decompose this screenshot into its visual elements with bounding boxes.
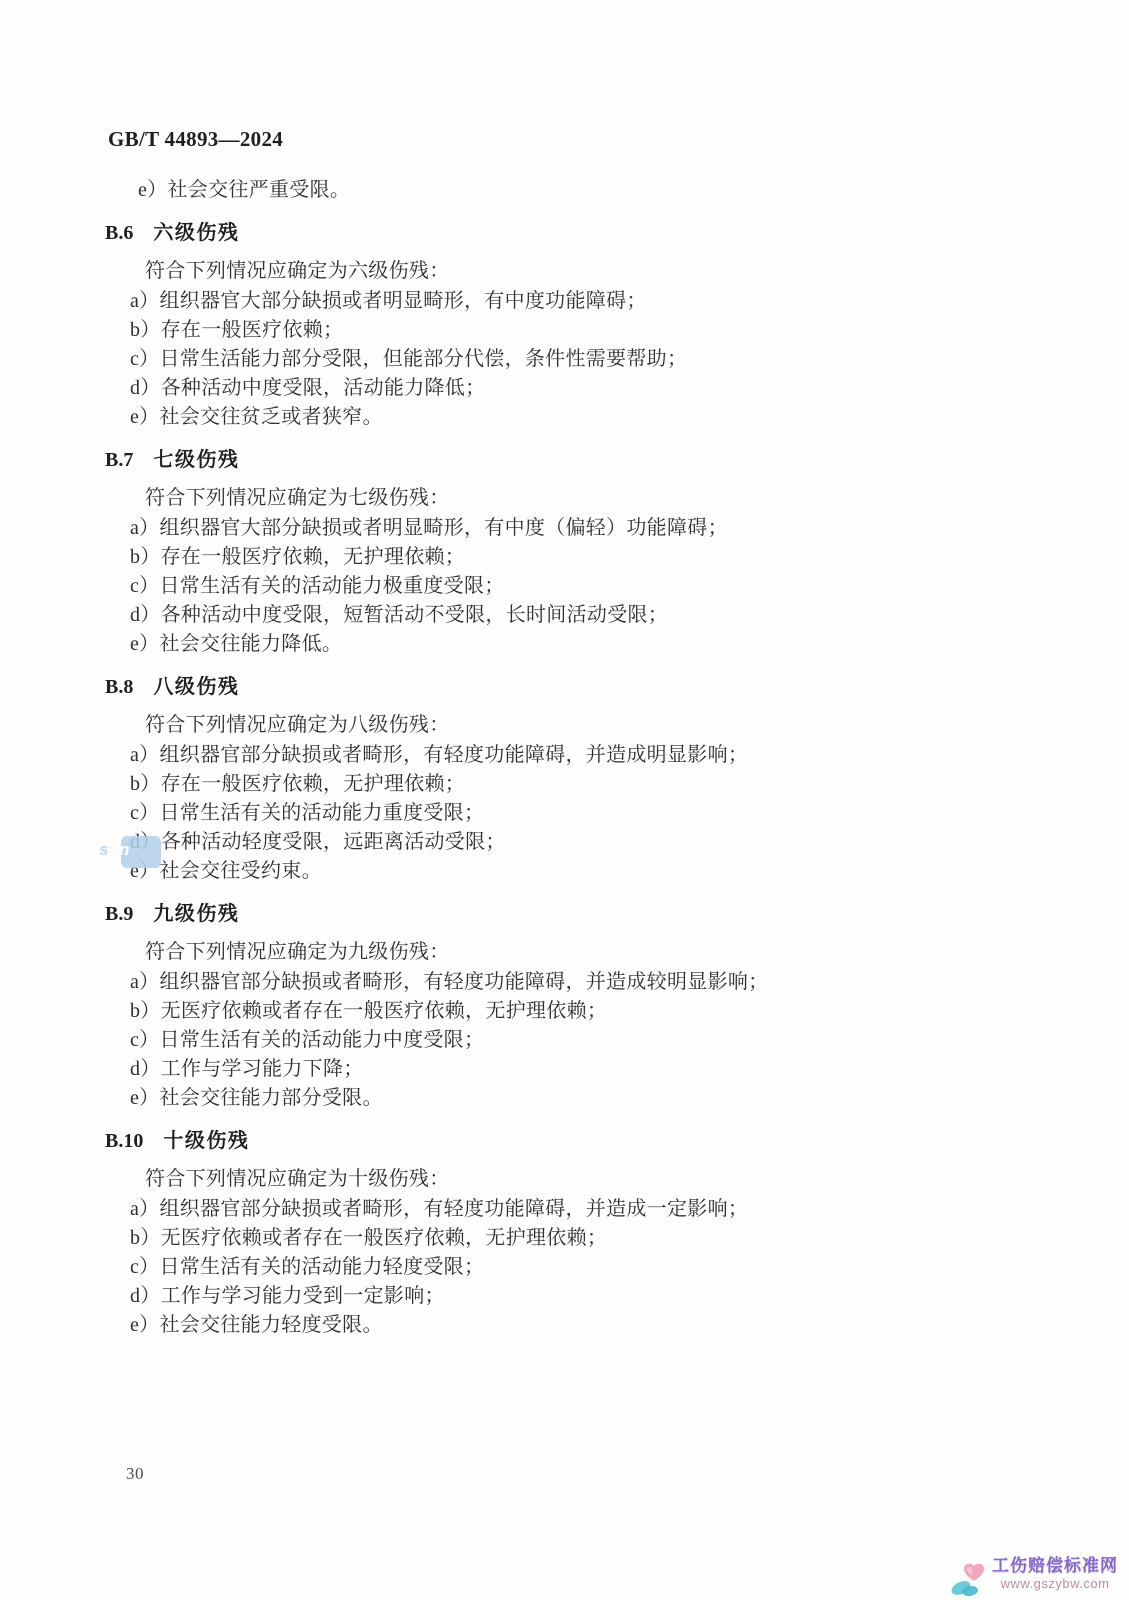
section-title: 十级伤残 xyxy=(163,1130,249,1152)
section-number: B.7 xyxy=(105,449,133,471)
site-watermark: 工伤赔偿标准网 www.gszybw.com xyxy=(950,1556,1125,1598)
page-content: e）社会交往严重受限。 B.6六级伤残符合下列情况应确定为六级伤残：a）组织器官… xyxy=(0,0,1129,1340)
item-label: b） xyxy=(130,543,161,572)
list-item: c）日常生活有关的活动能力极重度受限； xyxy=(130,572,1129,601)
list-item: e）社会交往能力降低。 xyxy=(130,630,1129,659)
list-item: d）各种活动中度受限，短暂活动不受限，长时间活动受限； xyxy=(130,601,1129,630)
butterfly-logo-icon xyxy=(950,1558,988,1598)
item-text: 组织器官大部分缺损或者明显畸形，有中度功能障碍； xyxy=(159,290,646,312)
item-text: 日常生活有关的活动能力极重度受限； xyxy=(159,575,504,597)
item-label: d） xyxy=(130,601,161,630)
item-text: 社会交往严重受限。 xyxy=(167,179,350,201)
item-text: 社会交往能力部分受限。 xyxy=(159,1087,382,1109)
item-text: 日常生活有关的活动能力轻度受限； xyxy=(159,1256,484,1278)
list-item: d）工作与学习能力下降； xyxy=(130,1055,1129,1084)
item-text: 工作与学习能力下降； xyxy=(161,1058,364,1080)
list-item: c）日常生活有关的活动能力轻度受限； xyxy=(130,1253,1129,1282)
item-label: a） xyxy=(130,514,159,543)
item-label: a） xyxy=(130,1195,159,1224)
item-label: b） xyxy=(130,316,161,345)
item-text: 各种活动中度受限，活动能力降低； xyxy=(161,377,486,399)
item-label: b） xyxy=(130,770,161,799)
list-item: c）日常生活能力部分受限，但能部分代偿，条件性需要帮助； xyxy=(130,345,1129,374)
list-item: e）社会交往能力部分受限。 xyxy=(130,1084,1129,1113)
item-label: b） xyxy=(130,1224,161,1253)
list-item: b）存在一般医疗依赖； xyxy=(130,316,1129,345)
section-number: B.9 xyxy=(105,903,133,925)
watermark-site-name: 工伤赔偿标准网 xyxy=(992,1556,1118,1576)
section-heading: B.6六级伤残 xyxy=(105,219,1129,248)
section-title: 七级伤残 xyxy=(153,449,239,471)
item-text: 无医疗依赖或者存在一般医疗依赖，无护理依赖； xyxy=(161,1000,608,1022)
item-label: e） xyxy=(130,1311,159,1340)
item-label: d） xyxy=(130,1282,161,1311)
item-text: 社会交往受约束。 xyxy=(159,860,321,882)
list-item: d）工作与学习能力受到一定影响； xyxy=(130,1282,1129,1311)
section-heading: B.10十级伤残 xyxy=(105,1127,1129,1156)
item-label: e） xyxy=(138,176,167,205)
section-B.9: B.9九级伤残符合下列情况应确定为九级伤残：a）组织器官部分缺损或者畸形，有轻度… xyxy=(0,900,1129,1113)
list-item: e）社会交往能力轻度受限。 xyxy=(130,1311,1129,1340)
item-text: 工作与学习能力受到一定影响； xyxy=(161,1285,445,1307)
item-text: 各种活动轻度受限，远距离活动受限； xyxy=(161,831,506,853)
list-item: c）日常生活有关的活动能力重度受限； xyxy=(130,799,1129,828)
section-intro: 符合下列情况应确定为九级伤残： xyxy=(145,938,1129,967)
list-item: d）各种活动轻度受限，远距离活动受限； xyxy=(130,828,1129,857)
page-number: 30 xyxy=(126,1464,144,1484)
item-text: 存在一般医疗依赖，无护理依赖； xyxy=(161,546,466,568)
item-label: e） xyxy=(130,1084,159,1113)
section-heading: B.9九级伤残 xyxy=(105,900,1129,929)
item-text: 组织器官部分缺损或者畸形，有轻度功能障碍，并造成较明显影响； xyxy=(159,971,768,993)
section-title: 八级伤残 xyxy=(153,676,239,698)
section-B.6: B.6六级伤残符合下列情况应确定为六级伤残：a）组织器官大部分缺损或者明显畸形，… xyxy=(0,219,1129,432)
list-item: b）存在一般医疗依赖，无护理依赖； xyxy=(130,770,1129,799)
item-label: a） xyxy=(130,741,159,770)
item-text: 社会交往能力降低。 xyxy=(159,633,342,655)
sections-container: B.6六级伤残符合下列情况应确定为六级伤残：a）组织器官大部分缺损或者明显畸形，… xyxy=(0,219,1129,1340)
item-text: 日常生活有关的活动能力中度受限； xyxy=(159,1029,484,1051)
list-item: a）组织器官部分缺损或者畸形，有轻度功能障碍，并造成明显影响； xyxy=(130,741,1129,770)
list-item: b）存在一般医疗依赖，无护理依赖； xyxy=(130,543,1129,572)
carryover-list-item: e）社会交往严重受限。 xyxy=(138,176,1129,205)
item-text: 组织器官大部分缺损或者明显畸形，有中度（偏轻）功能障碍； xyxy=(159,517,727,539)
section-intro: 符合下列情况应确定为十级伤残： xyxy=(145,1165,1129,1194)
section-B.7: B.7七级伤残符合下列情况应确定为七级伤残：a）组织器官大部分缺损或者明显畸形，… xyxy=(0,446,1129,659)
section-heading: B.7七级伤残 xyxy=(105,446,1129,475)
item-label: c） xyxy=(130,572,159,601)
item-text: 社会交往能力轻度受限。 xyxy=(159,1314,382,1336)
section-heading: B.8八级伤残 xyxy=(105,673,1129,702)
item-text: 存在一般医疗依赖，无护理依赖； xyxy=(161,773,466,795)
item-text: 日常生活有关的活动能力重度受限； xyxy=(159,802,484,824)
watermark-texts: 工伤赔偿标准网 www.gszybw.com xyxy=(992,1556,1118,1591)
section-title: 六级伤残 xyxy=(153,222,239,244)
list-item: e）社会交往受约束。 xyxy=(130,857,1129,886)
list-item: b）无医疗依赖或者存在一般医疗依赖，无护理依赖； xyxy=(130,1224,1129,1253)
section-title: 九级伤残 xyxy=(153,903,239,925)
section-B.8: B.8八级伤残符合下列情况应确定为八级伤残：a）组织器官部分缺损或者畸形，有轻度… xyxy=(0,673,1129,886)
item-text: 各种活动中度受限，短暂活动不受限，长时间活动受限； xyxy=(161,604,669,626)
item-label: d） xyxy=(130,1055,161,1084)
list-item: e）社会交往贫乏或者狭窄。 xyxy=(130,403,1129,432)
section-intro: 符合下列情况应确定为六级伤残： xyxy=(145,257,1129,286)
item-label: e） xyxy=(130,630,159,659)
list-item: a）组织器官部分缺损或者畸形，有轻度功能障碍，并造成一定影响； xyxy=(130,1195,1129,1224)
list-item: a）组织器官大部分缺损或者明显畸形，有中度功能障碍； xyxy=(130,287,1129,316)
item-label: d） xyxy=(130,374,161,403)
item-text: 组织器官部分缺损或者畸形，有轻度功能障碍，并造成明显影响； xyxy=(159,744,748,766)
section-number: B.8 xyxy=(105,676,133,698)
item-label: c） xyxy=(130,1026,159,1055)
item-label: a） xyxy=(130,968,159,997)
item-text: 无医疗依赖或者存在一般医疗依赖，无护理依赖； xyxy=(161,1227,608,1249)
list-item: a）组织器官部分缺损或者畸形，有轻度功能障碍，并造成较明显影响； xyxy=(130,968,1129,997)
section-B.10: B.10十级伤残符合下列情况应确定为十级伤残：a）组织器官部分缺损或者畸形，有轻… xyxy=(0,1127,1129,1340)
item-text: 组织器官部分缺损或者畸形，有轻度功能障碍，并造成一定影响； xyxy=(159,1198,748,1220)
list-item: b）无医疗依赖或者存在一般医疗依赖，无护理依赖； xyxy=(130,997,1129,1026)
item-label: c） xyxy=(130,345,159,374)
document-page: GB/T 44893—2024 e）社会交往严重受限。 B.6六级伤残符合下列情… xyxy=(0,0,1129,1600)
watermark-site-url: www.gszybw.com xyxy=(992,1576,1118,1591)
item-label: c） xyxy=(130,799,159,828)
list-item: a）组织器官大部分缺损或者明显畸形，有中度（偏轻）功能障碍； xyxy=(130,514,1129,543)
item-text: 存在一般医疗依赖； xyxy=(161,319,344,341)
item-label: d） xyxy=(130,828,161,857)
section-intro: 符合下列情况应确定为八级伤残： xyxy=(145,711,1129,740)
section-number: B.6 xyxy=(105,222,133,244)
item-label: c） xyxy=(130,1253,159,1282)
section-intro: 符合下列情况应确定为七级伤残： xyxy=(145,484,1129,513)
section-number: B.10 xyxy=(105,1130,143,1152)
item-label: a） xyxy=(130,287,159,316)
item-label: e） xyxy=(130,403,159,432)
list-item: d）各种活动中度受限，活动能力降低； xyxy=(130,374,1129,403)
item-label: b） xyxy=(130,997,161,1026)
list-item: c）日常生活有关的活动能力中度受限； xyxy=(130,1026,1129,1055)
item-text: 社会交往贫乏或者狭窄。 xyxy=(159,406,382,428)
item-label: e） xyxy=(130,857,159,886)
item-text: 日常生活能力部分受限，但能部分代偿，条件性需要帮助； xyxy=(159,348,687,370)
